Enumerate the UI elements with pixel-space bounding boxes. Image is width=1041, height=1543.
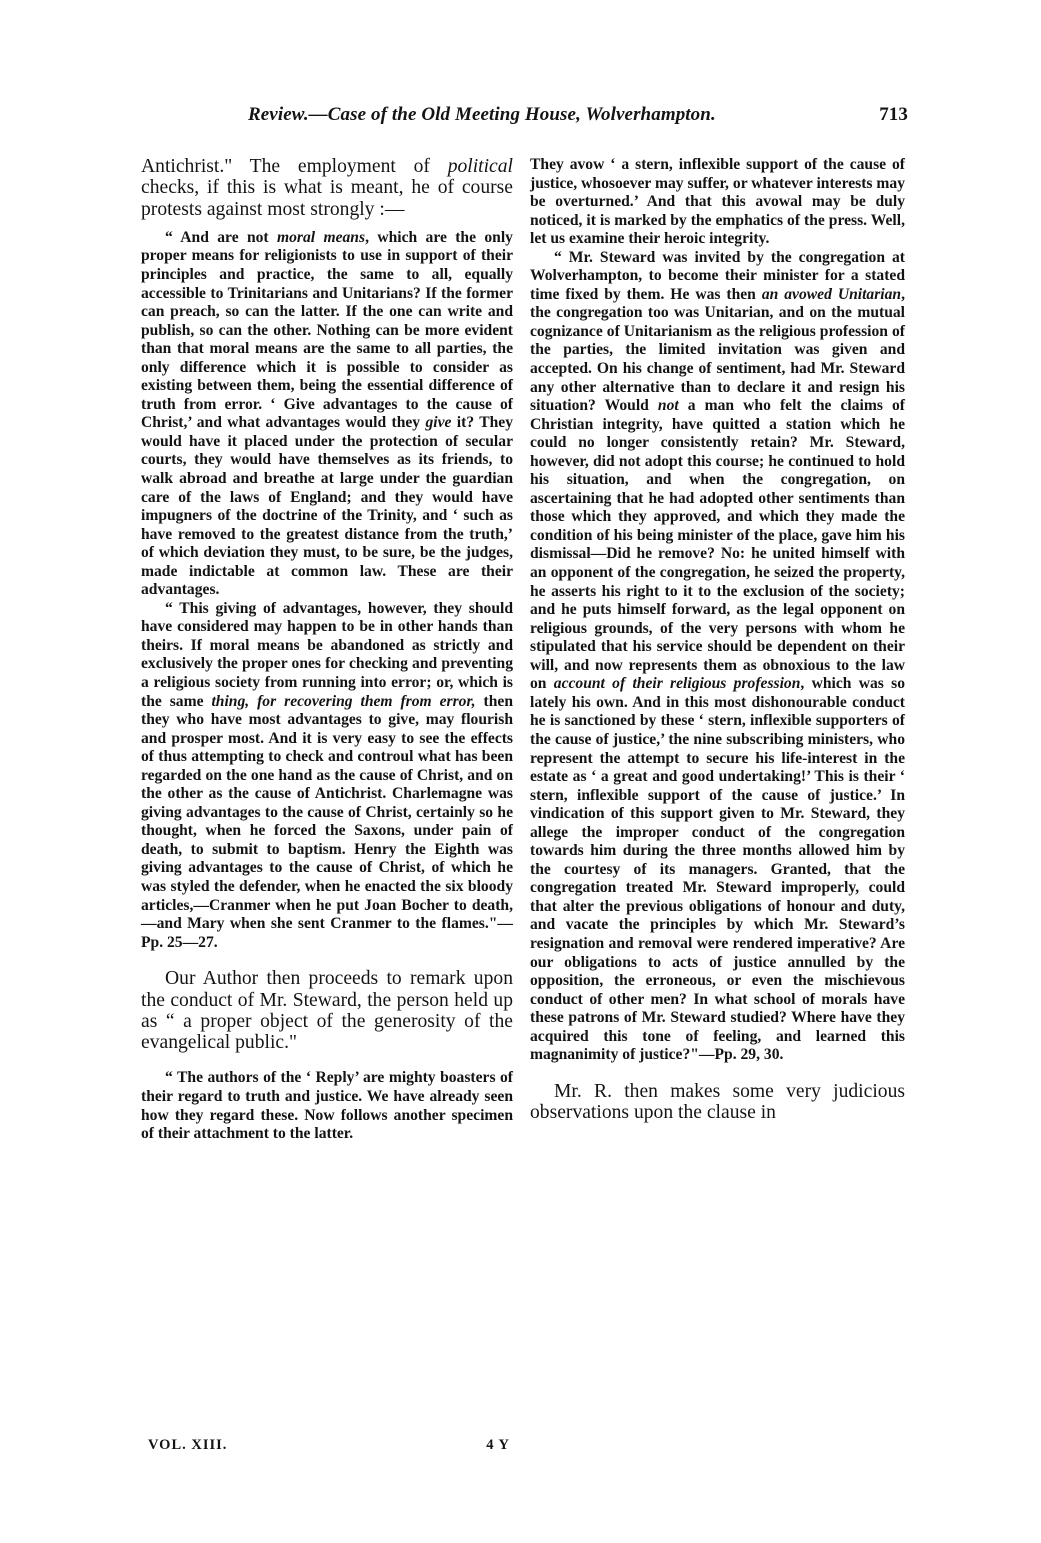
text-run: Antichrist." The employment of <box>141 156 448 177</box>
text-run: it? They would have it placed under the … <box>141 414 513 598</box>
italic-text: not <box>658 397 679 414</box>
paragraph-mr-r-observations: Mr. R. then makes some very judicious ob… <box>530 1081 905 1124</box>
paragraph-author-remark: Our Author then proceeds to remark upon … <box>141 968 513 1053</box>
italic-text: moral means <box>277 229 365 246</box>
left-column: Antichrist." The employment of political… <box>141 156 513 1144</box>
volume-label: VOL. XIII. <box>148 1437 227 1454</box>
text-run: , which are the only proper means for re… <box>141 229 513 431</box>
text-run: checks, if this is what is meant, he of … <box>141 177 513 219</box>
quotation-continued: They avow ‘ a stern, inflexible support … <box>530 156 905 249</box>
text-run: , which was so lately his own. And in th… <box>530 675 905 1063</box>
quotation-moral-means: “ And are not moral means, which are the… <box>141 229 513 600</box>
paragraph-intro: Antichrist." The employment of political… <box>141 156 513 220</box>
text-run: a man who felt the claims of Christian i… <box>530 397 905 692</box>
running-header: Review.—Case of the Old Meeting House, W… <box>248 104 908 130</box>
italic-text: political <box>448 156 513 177</box>
italic-text: thing, for recovering them from error, <box>211 693 475 710</box>
text-run: “ And are not <box>165 229 277 246</box>
quotation-mr-steward: “ Mr. Steward was invited by the congreg… <box>530 249 905 1065</box>
page-footer: VOL. XIII. 4 Y <box>148 1437 510 1457</box>
text-run: then they who have most advantages to gi… <box>141 693 513 951</box>
italic-text: give <box>425 414 451 431</box>
page-number: 713 <box>879 104 908 126</box>
italic-text: account of their religious profession <box>554 675 801 692</box>
running-title: Review.—Case of the Old Meeting House, W… <box>248 104 716 126</box>
text-run: , the congregation too was Unitarian, an… <box>530 286 905 414</box>
right-column: They avow ‘ a stern, inflexible support … <box>530 156 905 1123</box>
quotation-reply-authors: “ The authors of the ‘ Reply’ are mighty… <box>141 1069 513 1143</box>
italic-text: an avowed Unitarian <box>762 286 901 303</box>
quotation-giving-advantages: “ This giving of advantages, however, th… <box>141 600 513 952</box>
signature-mark: 4 Y <box>486 1437 510 1454</box>
